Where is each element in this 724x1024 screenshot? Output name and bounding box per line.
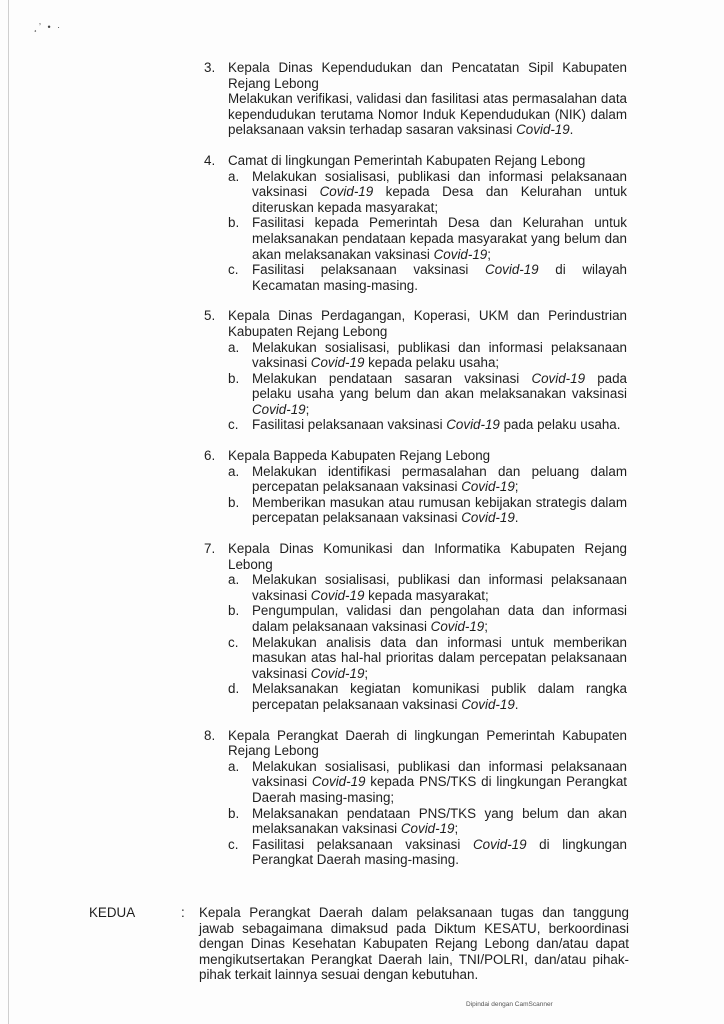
covid-term: Covid-19 xyxy=(431,619,485,634)
sub-item: b.Memberikan masukan atau rumusan kebija… xyxy=(228,495,627,526)
sub-item-letter: d. xyxy=(228,681,239,697)
sub-item-text: Melakukan sosialisasi, publikasi dan inf… xyxy=(252,759,627,806)
diktum-kedua: KEDUA : Kepala Perangkat Daerah dalam pe… xyxy=(89,905,629,983)
covid-term: Covid-19 xyxy=(311,666,365,681)
document-page: ¸ʼ • · 3.Kepala Dinas Kependudukan dan P… xyxy=(0,0,724,1024)
item-heading: Kepala Dinas Perdagangan, Koperasi, UKM … xyxy=(228,308,627,339)
sub-item-letter: c. xyxy=(228,417,238,433)
list-item: 5.Kepala Dinas Perdagangan, Koperasi, UK… xyxy=(204,308,627,433)
sub-item-text: Melakukan analisis data dan informasi un… xyxy=(252,635,627,682)
sub-item-text: Fasilitasi pelaksanaan vaksinasi Covid-1… xyxy=(252,417,627,433)
sub-item: b.Melakukan pendataan sasaran vaksinasi … xyxy=(228,371,627,418)
sub-item-text: Melakukan sosialisasi, publikasi dan inf… xyxy=(252,572,627,603)
item-heading: Camat di lingkungan Pemerintah Kabupaten… xyxy=(228,153,627,169)
sub-item-letter: c. xyxy=(228,262,238,278)
sub-item-letter: a. xyxy=(228,464,239,480)
sub-item: c.Melakukan analisis data dan informasi … xyxy=(228,635,627,682)
sub-item-text: Fasilitasi pelaksanaan vaksinasi Covid-1… xyxy=(252,837,627,868)
sub-item-text: Fasilitasi pelaksanaan vaksinasi Covid-1… xyxy=(252,262,627,293)
sub-item: a.Melakukan sosialisasi, publikasi dan i… xyxy=(228,759,627,806)
covid-term: Covid-19 xyxy=(252,402,306,417)
sub-item-letter: a. xyxy=(228,759,239,775)
sub-item-text: Melaksanakan pendataan PNS/TKS yang belu… xyxy=(252,806,627,837)
sub-item-letter: a. xyxy=(228,169,239,185)
sub-item: c.Fasilitasi pelaksanaan vaksinasi Covid… xyxy=(228,262,627,293)
list-item: 7.Kepala Dinas Komunikasi dan Informatik… xyxy=(204,541,627,713)
covid-term: Covid-19 xyxy=(312,774,366,789)
diktum-text: Kepala Perangkat Daerah dalam pelaksanaa… xyxy=(199,905,629,983)
covid-term: Covid-19 xyxy=(473,837,527,852)
sub-item-letter: c. xyxy=(228,635,238,651)
item-heading: Kepala Bappeda Kabupaten Rejang Lebong xyxy=(228,448,627,464)
list-item: 6.Kepala Bappeda Kabupaten Rejang Lebong… xyxy=(204,448,627,526)
sub-item-text: Melaksanakan kegiatan komunikasi publik … xyxy=(252,681,627,712)
list-item: 8.Kepala Perangkat Daerah di lingkungan … xyxy=(204,728,627,868)
sub-item: b.Melaksanakan pendataan PNS/TKS yang be… xyxy=(228,806,627,837)
sub-item: a.Melakukan identifikasi permasalahan da… xyxy=(228,464,627,495)
sub-item: a.Melakukan sosialisasi, publikasi dan i… xyxy=(228,169,627,216)
covid-term: Covid-19 xyxy=(485,262,539,277)
sub-item-letter: c. xyxy=(228,837,238,853)
list-item: 4.Camat di lingkungan Pemerintah Kabupat… xyxy=(204,153,627,293)
item-number: 4. xyxy=(204,153,215,169)
sub-item-text: Memberikan masukan atau rumusan kebijaka… xyxy=(252,495,627,526)
covid-term: Covid-19 xyxy=(446,417,500,432)
diktum-colon: : xyxy=(181,905,185,921)
sub-item-letter: b. xyxy=(228,495,239,511)
sub-item-letter: b. xyxy=(228,603,239,619)
item-number: 6. xyxy=(204,448,215,464)
sub-item-letter: a. xyxy=(228,340,239,356)
item-number: 3. xyxy=(204,60,215,76)
sub-item: b.Fasilitasi kepada Pemerintah Desa dan … xyxy=(228,215,627,262)
item-number: 7. xyxy=(204,541,215,557)
sub-item: c.Fasilitasi pelaksanaan vaksinasi Covid… xyxy=(228,417,627,433)
covid-term: Covid-19 xyxy=(434,247,488,262)
sub-item: b.Pengumpulan, validasi dan pengolahan d… xyxy=(228,603,627,634)
item-number: 5. xyxy=(204,308,215,324)
sub-item-letter: b. xyxy=(228,215,239,231)
sub-item-text: Melakukan pendataan sasaran vaksinasi Co… xyxy=(252,371,627,418)
item-number: 8. xyxy=(204,728,215,744)
covid-term: Covid-19 xyxy=(461,510,515,525)
covid-term: Covid-19 xyxy=(311,355,365,370)
covid-term: Covid-19 xyxy=(531,371,585,386)
covid-term: Covid-19 xyxy=(516,122,570,137)
sub-item: d.Melaksanakan kegiatan komunikasi publi… xyxy=(228,681,627,712)
sub-item: a.Melakukan sosialisasi, publikasi dan i… xyxy=(228,572,627,603)
sub-item-letter: a. xyxy=(228,572,239,588)
sub-item: a.Melakukan sosialisasi, publikasi dan i… xyxy=(228,340,627,371)
scanner-watermark: Dipindai dengan CamScanner xyxy=(466,1001,553,1008)
covid-term: Covid-19 xyxy=(401,821,455,836)
sub-item-text: Melakukan sosialisasi, publikasi dan inf… xyxy=(252,340,627,371)
sub-item-text: Melakukan identifikasi permasalahan dan … xyxy=(252,464,627,495)
sub-item-text: Melakukan sosialisasi, publikasi dan inf… xyxy=(252,169,627,216)
responsibility-list: 3.Kepala Dinas Kependudukan dan Pencatat… xyxy=(204,60,627,883)
covid-term: Covid-19 xyxy=(320,184,374,199)
sub-item: c.Fasilitasi pelaksanaan vaksinasi Covid… xyxy=(228,837,627,868)
item-description: Melakukan verifikasi, validasi dan fasil… xyxy=(228,91,627,138)
sub-item-letter: b. xyxy=(228,806,239,822)
item-heading: Kepala Perangkat Daerah di lingkungan Pe… xyxy=(228,728,627,759)
sub-item-letter: b. xyxy=(228,371,239,387)
diktum-label: KEDUA xyxy=(89,905,135,921)
covid-term: Covid-19 xyxy=(461,479,515,494)
sub-item-text: Pengumpulan, validasi dan pengolahan dat… xyxy=(252,603,627,634)
covid-term: Covid-19 xyxy=(311,588,365,603)
scan-marks: ¸ʼ • · xyxy=(34,22,62,32)
item-heading: Kepala Dinas Kependudukan dan Pencatatan… xyxy=(228,60,627,91)
sub-item-text: Fasilitasi kepada Pemerintah Desa dan Ke… xyxy=(252,215,627,262)
list-item: 3.Kepala Dinas Kependudukan dan Pencatat… xyxy=(204,60,627,138)
covid-term: Covid-19 xyxy=(461,697,515,712)
page-edge xyxy=(8,0,9,1024)
item-heading: Kepala Dinas Komunikasi dan Informatika … xyxy=(228,541,627,572)
